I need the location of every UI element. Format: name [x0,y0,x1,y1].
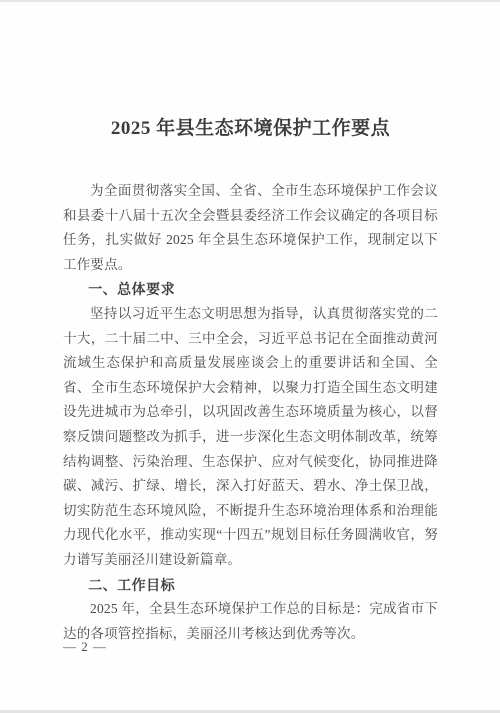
section-heading-work-goals: 二、工作目标 [63,573,438,598]
document-title: 2025 年县生态环境保护工作要点 [63,116,438,142]
overall-requirements-paragraph: 坚持以习近平生态文明思想为指导，认真贯彻落实党的二十大，二十届二中、三中全会，习… [63,302,438,573]
document-content: 2025 年县生态环境保护工作要点 为全面贯彻落实全国、全省、全市生态环境保护工… [63,2,438,646]
section-heading-overall-requirements: 一、总体要求 [63,277,438,302]
document-page: 2025 年县生态环境保护工作要点 为全面贯彻落实全国、全省、全市生态环境保护工… [0,0,500,713]
intro-paragraph: 为全面贯彻落实全国、全省、全市生态环境保护工作会议和县委十八届十五次全会暨县委经… [63,179,438,277]
work-goals-paragraph: 2025 年，全县生态环境保护工作总的目标是：完成省市下达的各项管控指标，美丽泾… [63,597,438,646]
page-number: — 2 — [63,639,107,655]
